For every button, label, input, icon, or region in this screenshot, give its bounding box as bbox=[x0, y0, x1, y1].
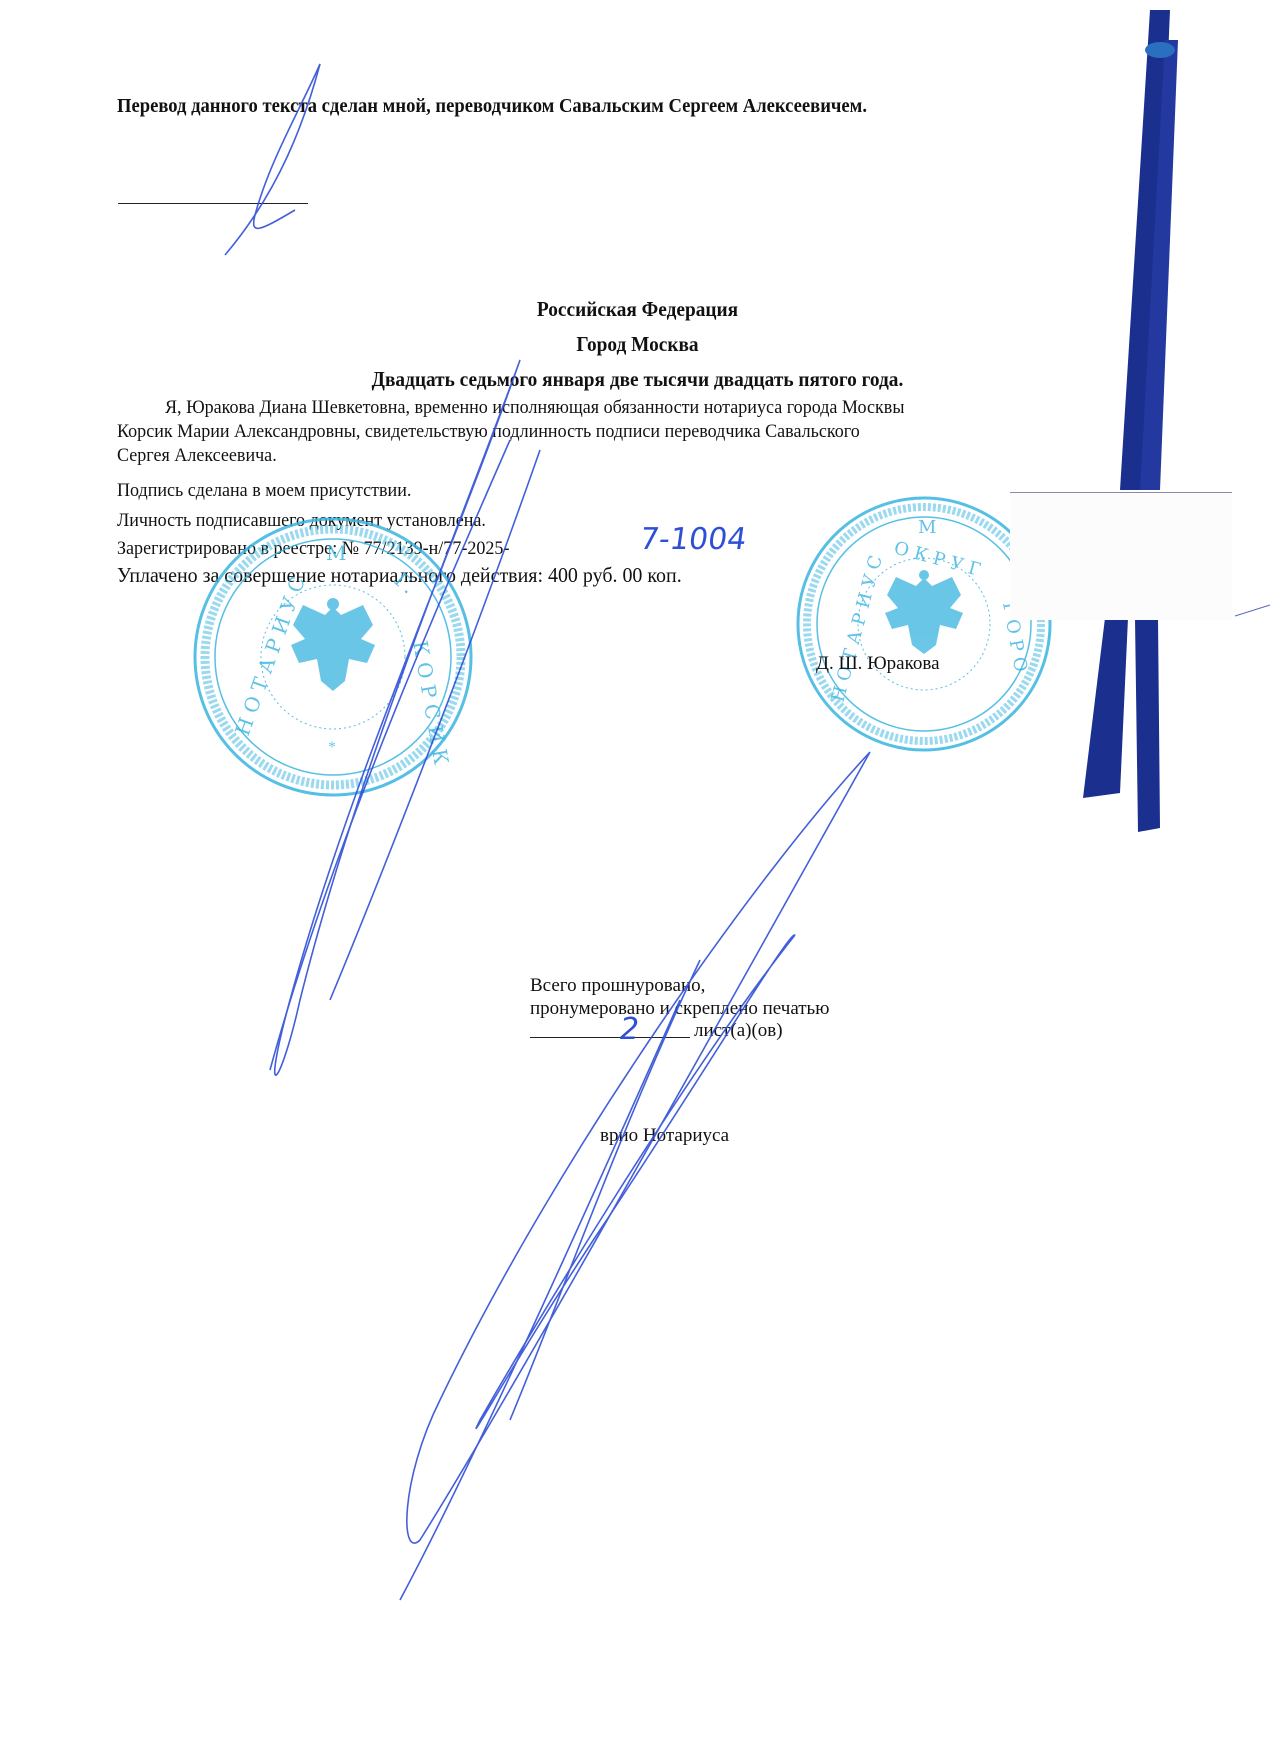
svg-text:К О Р С И К: К О Р С И К bbox=[408, 639, 453, 767]
sheets-count-line bbox=[530, 1037, 690, 1038]
translator-signature-line bbox=[118, 203, 308, 204]
sheets-handwritten-count: 2 bbox=[620, 1012, 639, 1047]
svg-text:*: * bbox=[328, 739, 336, 756]
binding-line-2: пронумеровано и скреплено печатью bbox=[530, 998, 829, 1020]
translator-statement: Перевод данного текста сделан мной, пере… bbox=[117, 95, 867, 118]
svg-text:О К Р У Г: О К Р У Г bbox=[892, 538, 983, 581]
notarial-text-line-3: Сергея Алексеевича. bbox=[117, 445, 277, 467]
left-notary-seal-icon: Н О Т А Р И У С Г. К О Р С И К М * bbox=[188, 512, 478, 802]
date-heading: Двадцать седьмого января две тысячи двад… bbox=[51, 367, 1224, 392]
document-page: Перевод данного текста сделан мной, пере… bbox=[0, 0, 1275, 1753]
binding-seal-label bbox=[1010, 492, 1232, 620]
notary-printed-name: Д. Ш. Юракова bbox=[816, 653, 940, 675]
binding-ribbon-icon bbox=[0, 0, 1275, 1753]
registry-handwritten-number: 7-1004 bbox=[638, 522, 749, 557]
svg-text:Н О Т А Р И У С: Н О Т А Р И У С bbox=[828, 553, 887, 704]
svg-text:М: М bbox=[918, 517, 936, 538]
svg-text:М: М bbox=[326, 541, 346, 565]
city-heading: Город Москва bbox=[51, 332, 1224, 357]
notary-title: врио Нотариуса bbox=[600, 1125, 729, 1147]
signature-scribbles-icon bbox=[0, 0, 1275, 1753]
sheets-label: лист(а)(ов) bbox=[694, 1020, 783, 1042]
binding-line-1: Всего прошнуровано, bbox=[530, 975, 705, 997]
notarial-text-line-1: Я, Юракова Диана Шевкетовна, временно ис… bbox=[165, 397, 904, 419]
country-heading: Российская Федерация bbox=[51, 297, 1224, 322]
notarial-text-line-4: Подпись сделана в моем присутствии. bbox=[117, 480, 411, 502]
notarial-text-line-2: Корсик Марии Александровны, свидетельств… bbox=[117, 421, 860, 443]
